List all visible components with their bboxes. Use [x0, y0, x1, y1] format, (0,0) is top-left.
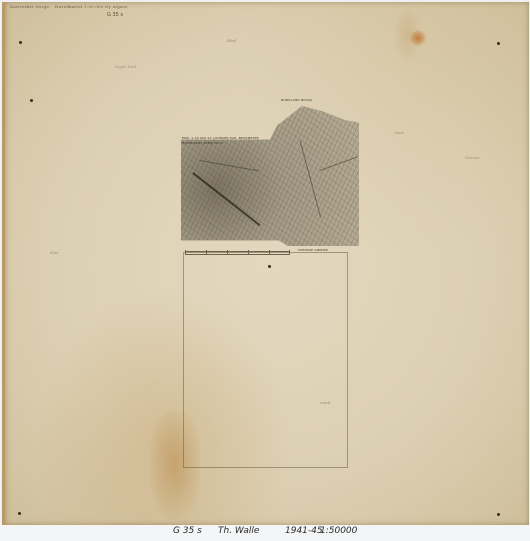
map-top-label: NORDLAND BOSSA — [281, 98, 312, 102]
years-label: 1941-45 — [285, 526, 323, 536]
sheet-neatline — [183, 252, 348, 468]
scale-label: 1:50000 — [320, 526, 357, 536]
author-label: Th. Walle — [218, 526, 259, 536]
header-note-left: Kartverket Norge — [10, 4, 49, 9]
pencil-note: ikke — [50, 250, 59, 255]
pencil-note: Grense — [465, 155, 479, 160]
pin-hole — [18, 512, 21, 515]
header-note-mid: Hovedkartet 1:50 000 Ny utgave — [55, 4, 128, 9]
corner-sheet-mark: G 35 s — [107, 12, 123, 18]
label-strip — [0, 525, 530, 541]
map-title-line-1: EMS. 1:50 000 ST. JOHNSEN KAR. BEOSMEPPE — [182, 136, 259, 140]
pencil-note: Blad — [227, 38, 236, 43]
pin-hole — [497, 513, 500, 516]
pencil-note: sted — [395, 130, 404, 135]
map-title-line-2: HOVEDKART SERIE M711 — [182, 141, 223, 145]
pin-hole — [19, 41, 22, 44]
pin-hole — [497, 42, 500, 45]
sheet-id-label: G 35 s — [173, 526, 202, 536]
water-stain-edge — [395, 10, 420, 60]
pin-hole — [30, 99, 33, 102]
pencil-note: Ingen kart — [115, 64, 136, 69]
